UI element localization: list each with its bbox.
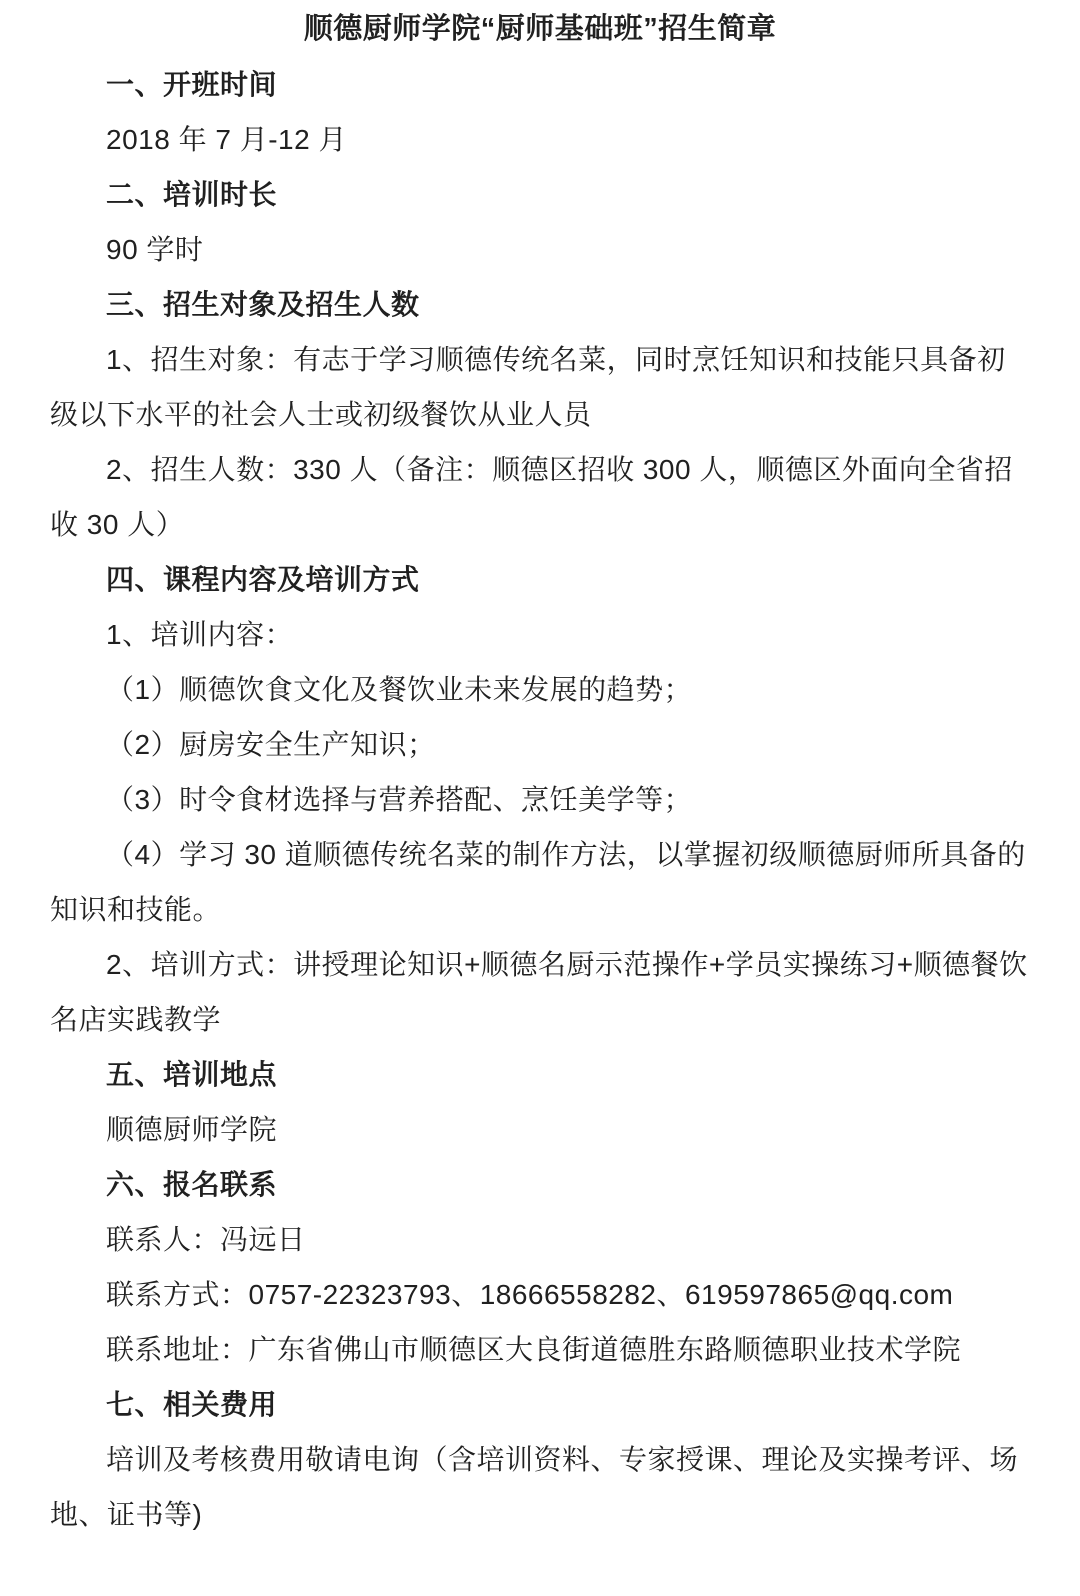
- section-heading: 四、课程内容及培训方式: [50, 552, 1030, 607]
- body-paragraph: 1、招生对象：有志于学习顺德传统名菜，同时烹饪知识和技能只具备初级以下水平的社会…: [50, 332, 1030, 442]
- section-heading: 一、开班时间: [50, 57, 1030, 112]
- body-paragraph: 培训及考核费用敬请电询（含培训资料、专家授课、理论及实操考评、场地、证书等): [50, 1432, 1030, 1542]
- section-heading: 二、培训时长: [50, 167, 1030, 222]
- document-page: 顺德厨师学院“厨师基础班”招生简章 一、开班时间2018 年 7 月-12 月二…: [0, 0, 1080, 1596]
- document-body: 一、开班时间2018 年 7 月-12 月二、培训时长90 学时三、招生对象及招…: [50, 57, 1030, 1542]
- body-paragraph: 2、招生人数：330 人（备注：顺德区招收 300 人，顺德区外面向全省招收 3…: [50, 442, 1030, 552]
- body-paragraph: （4）学习 30 道顺德传统名菜的制作方法，以掌握初级顺德厨师所具备的知识和技能…: [50, 827, 1030, 937]
- body-paragraph: （1）顺德饮食文化及餐饮业未来发展的趋势；: [50, 662, 1030, 717]
- section-heading: 五、培训地点: [50, 1047, 1030, 1102]
- section-heading: 三、招生对象及招生人数: [50, 277, 1030, 332]
- body-paragraph: 2、培训方式：讲授理论知识+顺德名厨示范操作+学员实操练习+顺德餐饮名店实践教学: [50, 937, 1030, 1047]
- body-paragraph: （2）厨房安全生产知识；: [50, 717, 1030, 772]
- body-paragraph: 联系地址：广东省佛山市顺德区大良街道德胜东路顺德职业技术学院: [50, 1322, 1030, 1377]
- section-heading: 六、报名联系: [50, 1157, 1030, 1212]
- body-paragraph: 顺德厨师学院: [50, 1102, 1030, 1157]
- body-paragraph: 联系方式：0757-22323793、18666558282、619597865…: [50, 1267, 1030, 1322]
- body-paragraph: 联系人：冯远日: [50, 1212, 1030, 1267]
- document-title: 顺德厨师学院“厨师基础班”招生简章: [50, 2, 1030, 57]
- body-paragraph: 2018 年 7 月-12 月: [50, 112, 1030, 167]
- body-paragraph: 90 学时: [50, 222, 1030, 277]
- section-heading: 七、相关费用: [50, 1377, 1030, 1432]
- body-paragraph: （3）时令食材选择与营养搭配、烹饪美学等；: [50, 772, 1030, 827]
- body-paragraph: 1、培训内容：: [50, 607, 1030, 662]
